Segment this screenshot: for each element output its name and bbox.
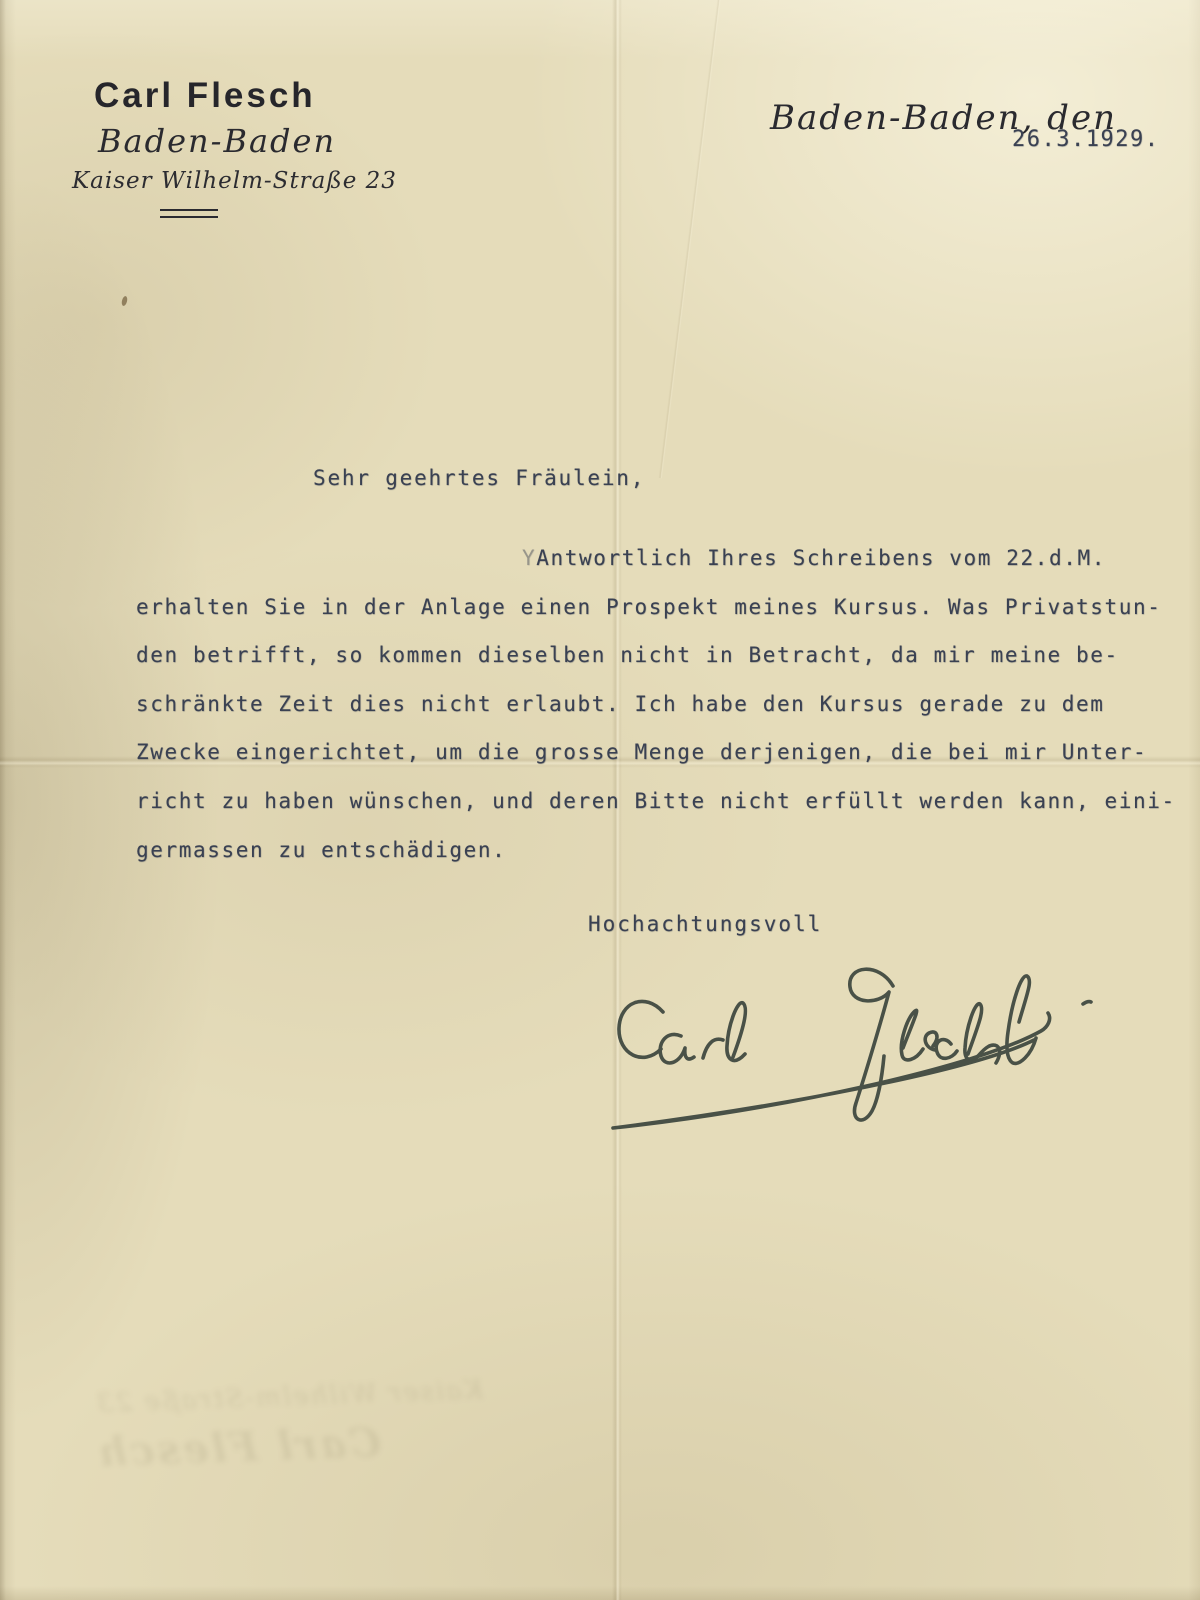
body-line-4: schränkte Zeit dies nicht erlaubt. Ich h… xyxy=(136,680,1186,729)
bleed-through-street: Kaiser Wilhelm-Straße 23 xyxy=(95,1375,484,1419)
bleed-through-name: Carl Flesch xyxy=(94,1419,381,1476)
body-line-1: YAntwortlich Ihres Schreibens vom 22.d.M… xyxy=(136,534,1186,583)
body-line-7: germassen zu entschädigen. xyxy=(136,826,1186,875)
letter-page: Carl Flesch Baden-Baden Kaiser Wilhelm-S… xyxy=(0,0,1200,1600)
letterhead-city: Baden-Baden xyxy=(98,122,336,160)
signature-ink-strokes xyxy=(585,960,1105,1140)
diagonal-wrinkle xyxy=(658,0,725,478)
body-line-3: den betrifft, so kommen dieselben nicht … xyxy=(136,631,1186,680)
closing-valediction: Hochachtungsvoll xyxy=(588,912,822,936)
letterhead-name: Carl Flesch xyxy=(94,76,316,116)
salutation: Sehr geehrtes Fräulein, xyxy=(313,466,645,490)
letterhead-double-rule xyxy=(160,209,218,218)
overstrike-char: Y xyxy=(522,546,536,570)
body-line-2: erhalten Sie in der Anlage einen Prospek… xyxy=(136,583,1186,632)
ink-speck xyxy=(121,296,128,307)
body-line-5: Zwecke eingerichtet, um die grosse Menge… xyxy=(136,728,1186,777)
dateline-date: 26.3.1929. xyxy=(1012,127,1159,152)
body-line-1-text: Antwortlich Ihres Schreibens vom 22.d.M. xyxy=(536,546,1106,570)
signature-carl-flesch xyxy=(585,960,1105,1140)
body-line-6: richt zu haben wünschen, und deren Bitte… xyxy=(136,777,1186,826)
letterhead-street: Kaiser Wilhelm-Straße 23 xyxy=(72,168,397,194)
letter-body: YAntwortlich Ihres Schreibens vom 22.d.M… xyxy=(136,534,1186,874)
